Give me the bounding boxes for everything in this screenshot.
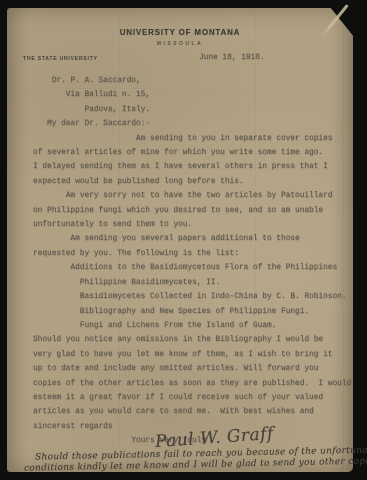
- typed-line: Via Balludi n. 15,: [33, 88, 351, 102]
- typed-line: on Philippine fungi which you desired to…: [33, 204, 351, 218]
- typed-line: Basidiomycetes Collected in Indo-China b…: [33, 290, 351, 304]
- typed-line: articles as you would care to send me. W…: [33, 405, 351, 419]
- typed-line: My dear Dr. Saccardo:-: [33, 117, 351, 131]
- typed-line: Fungi and Lichens From the Island of Gua…: [33, 319, 351, 333]
- letterhead-city: MISSOULA: [7, 41, 353, 47]
- typed-line: expected would be published long before …: [33, 175, 351, 189]
- typed-line: requested by you. The following is the l…: [33, 247, 351, 261]
- typed-line: unfortunately to send them to you.: [33, 218, 351, 232]
- typed-line: Should you notice any omissions in the B…: [33, 333, 351, 347]
- typed-line: esteem it a great favor if I could recei…: [33, 391, 351, 405]
- typed-line: copies of the other articles as soon as …: [33, 377, 351, 391]
- typed-line: Am very sorry not to have the two articl…: [33, 189, 351, 203]
- typed-line: I delayed sending them as I have several…: [33, 160, 351, 174]
- typed-line: Additions to the Basidiomycetous Flora o…: [33, 261, 351, 275]
- typed-line: Bibliography and New Species of Philippi…: [33, 305, 351, 319]
- photo-background: UNIVERSITY OF MONTANA MISSOULA THE STATE…: [0, 0, 367, 480]
- letter-paper: UNIVERSITY OF MONTANA MISSOULA THE STATE…: [7, 8, 353, 472]
- typed-line: Am sending to you in separate cover copi…: [33, 132, 351, 146]
- typed-line: very glad to have you let me know of the…: [33, 348, 351, 362]
- letter-body: Dr. P. A. Saccardo, Via Balludi n. 15, P…: [33, 74, 351, 449]
- typed-line: Philippine Basidiomycetes, II.: [33, 276, 351, 290]
- typed-line: of several articles of mine for which yo…: [33, 146, 351, 160]
- letter-date: June 18, 1918.: [199, 54, 265, 62]
- letterhead-university-name: UNIVERSITY OF MONTANA: [7, 28, 353, 37]
- typed-line: Padova, Italy.: [33, 103, 351, 117]
- typed-line: up to date and include any omitted artic…: [33, 362, 351, 376]
- letterhead-tagline: THE STATE UNIVERSITY: [23, 56, 98, 62]
- typed-line: Dr. P. A. Saccardo,: [33, 74, 351, 88]
- typed-line: Am sending you several papers additional…: [33, 232, 351, 246]
